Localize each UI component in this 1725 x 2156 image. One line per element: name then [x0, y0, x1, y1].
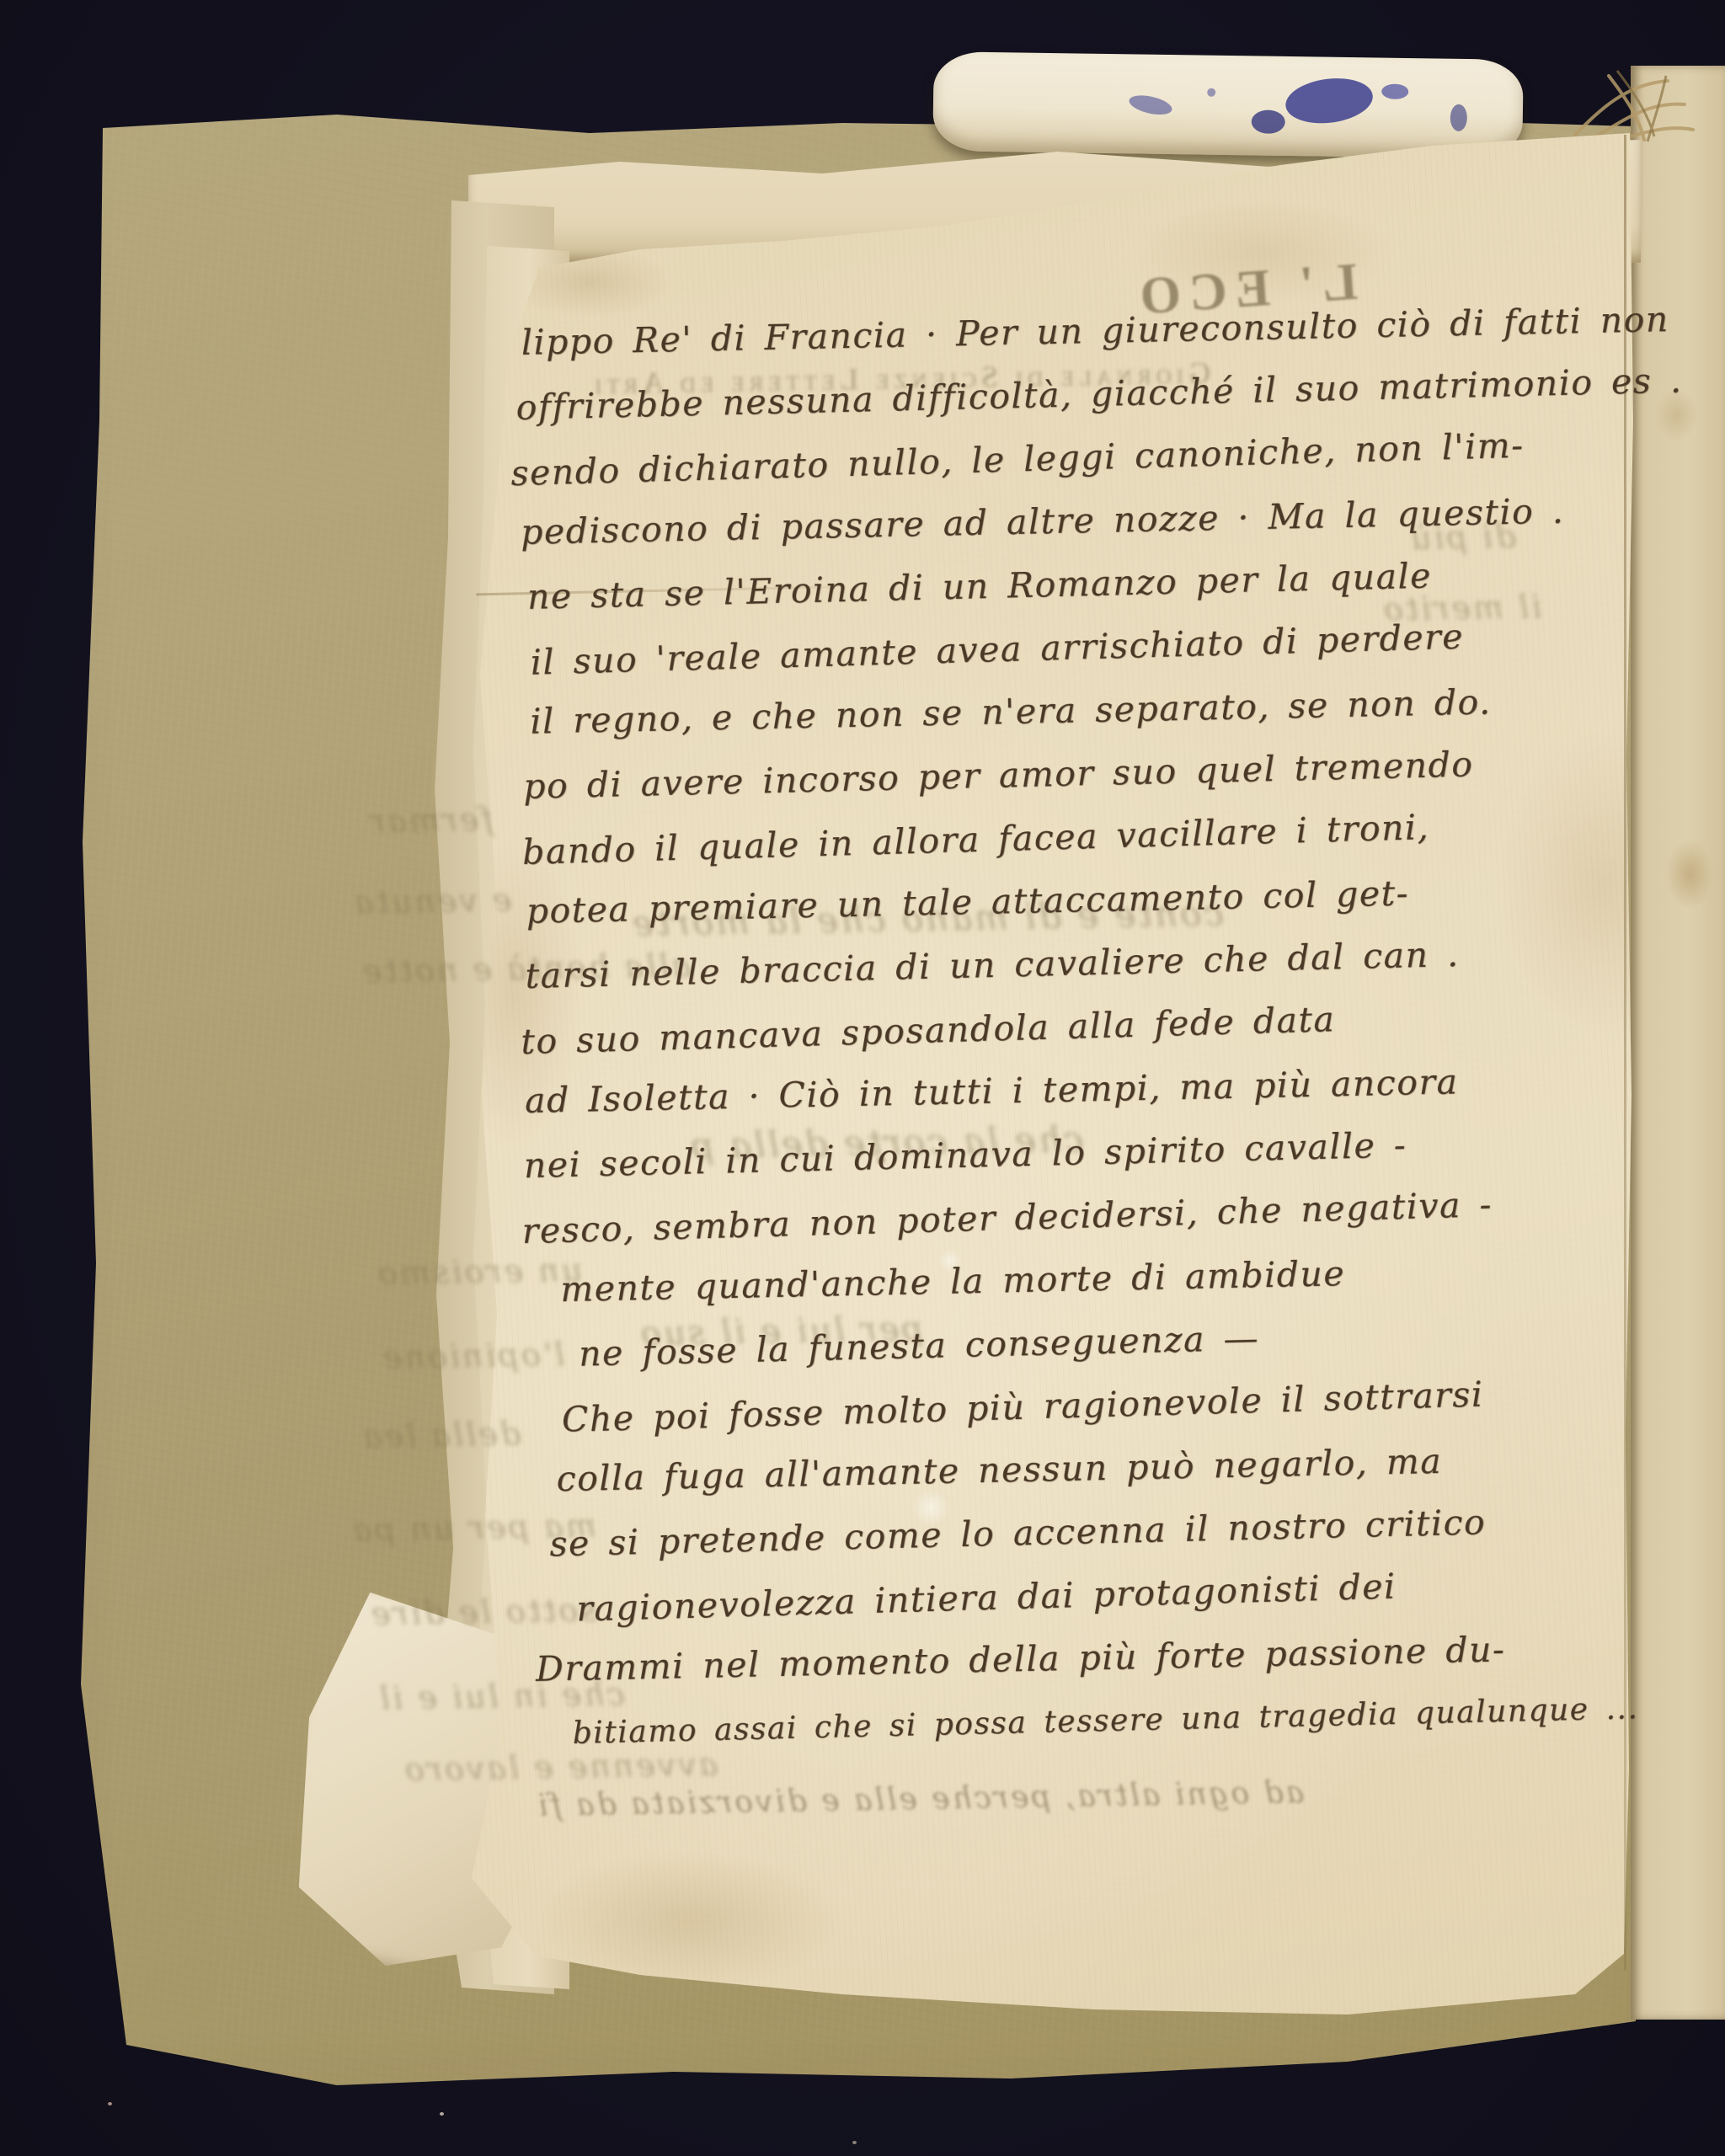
- manuscript-text: lippo Re' di Francia · Per un giureconsu…: [521, 287, 1674, 1766]
- dust-speck: [440, 2112, 444, 2116]
- dust-speck: [108, 2102, 112, 2105]
- manuscript-scan: L' ECO Giornale di Scienze Lettere ed Ar…: [0, 0, 1725, 2156]
- rolled-sheet-edge: [932, 51, 1524, 159]
- stain: [1656, 824, 1723, 925]
- blue-ink-stains: [932, 51, 1524, 159]
- dust-speck: [852, 2141, 857, 2144]
